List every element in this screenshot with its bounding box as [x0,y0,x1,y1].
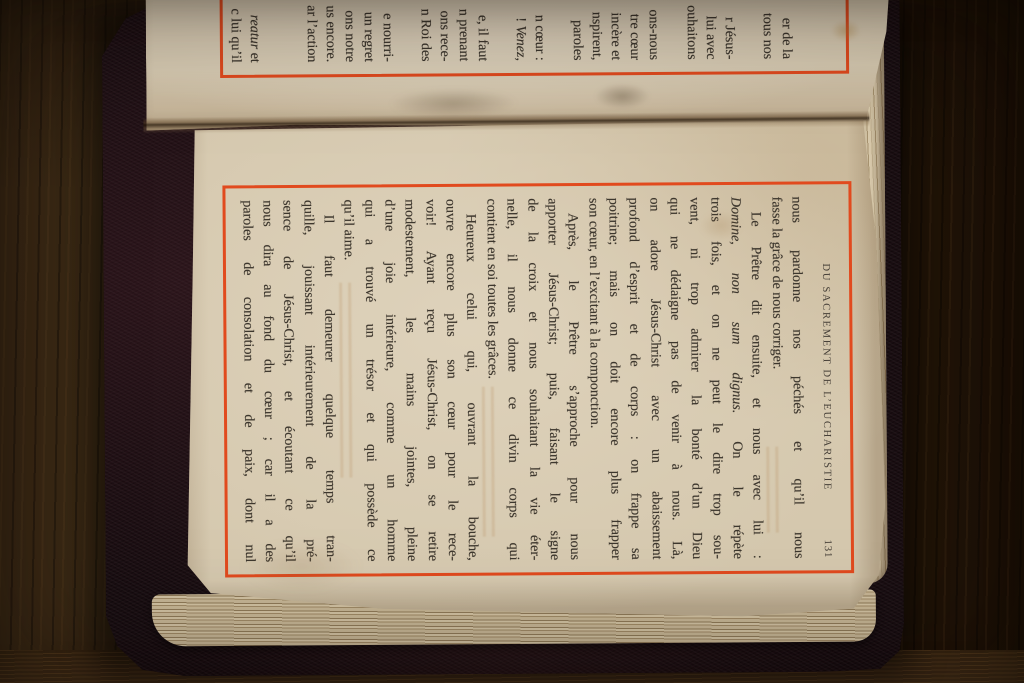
text-line-fragment: c lui qu’il [224,0,246,63]
text-line: qu’il aime. [338,200,361,562]
text-line-fragment: lui avec [698,0,720,60]
text-line-fragment: ons notre [337,0,359,62]
text-line: Domine, non sum dignus. On le répète [724,197,747,559]
left-page-text-block: er de la tous nos r Jésus- lui avec ouha… [221,0,847,75]
left-page-frame: er de la tous nos r Jésus- lui avec ouha… [217,0,849,78]
text-line-fragment [394,0,416,62]
text-line: Après, le Prêtre s’approche pour nous [561,198,584,560]
text-line-fragment [736,0,758,59]
text-line-fragment: un regret [356,0,378,62]
text-line: son cœur, en l’excitant à la componction… [582,198,605,560]
text-line-fragment: n prenant [451,0,473,61]
text-line-fragment: paroles [565,0,587,61]
text-line-fragment: ons rece- [432,0,454,62]
text-line: voir! Ayant reçu Jésus-Christ, on se ret… [419,199,442,561]
text-line-fragment: tous nos [755,0,777,59]
text-line: paroles de consolation et de paix, dont … [236,200,259,562]
text-line-fragment [546,0,568,61]
text-line-fragment: ar l’action [299,0,321,62]
text-line-fragment: reatur et [243,0,265,63]
photo-scene: er de la tous nos r Jésus- lui avec ouha… [0,0,1024,683]
text-line: nous dira au fond du cœur ; car il a des [256,200,279,562]
main-page-frame: DU SACREMENT DE L’EUCHARISTIE 131 nous p… [222,181,854,577]
header-title: DU SACREMENT DE L’EUCHARISTIE [820,264,833,492]
text-line-fragment [261,0,283,63]
text-line: d’une joie intérieure, comme un homme [378,199,401,561]
text-line: on adore Jésus-Christ avec un abaissemen… [643,197,666,559]
text-line-fragment [280,0,302,63]
text-line: nelle, il nous donne ce divin corps qui [500,198,523,560]
text-line: qui a trouvé un trésor et qui possède ce [358,199,381,561]
running-header: DU SACREMENT DE L’EUCHARISTIE 131 [819,196,833,558]
page-number: 131 [822,540,833,559]
text-line: nous pardonne nos péchés et qu’il nous [785,196,808,558]
text-line: quille, jouissant intérieurement de la p… [297,200,320,562]
text-line: Il faut demeurer quelque temps tran- [317,200,340,562]
text-line-fragment: ons-nous [641,0,663,60]
text-line: sence de Jésus-Christ, et écoutant ce qu… [277,200,300,562]
text-line-fragment: e nourri- [375,0,397,62]
text-line-fragment: nspirent, [584,0,606,60]
text-line-fragment: er de la [774,0,796,59]
text-line: qui ne dédaigne pas de venir à nous. Là, [663,197,686,559]
text-line: modestement, les mains jointes, pleine [399,199,422,561]
text-line: de la croix et nous souhaitant la vie ét… [521,198,544,560]
text-line-fragment: n Roi des [413,0,435,62]
text-line: poitrine; mais on doit encore plus frapp… [602,198,625,560]
text-line-fragment [489,0,511,61]
main-page-text-block: DU SACREMENT DE L’EUCHARISTIE 131 nous p… [225,184,851,574]
text-line-fragment [660,0,682,60]
text-line: profond d’esprit et de corps : on frappe… [622,198,645,560]
text-line: trois fois, et on ne peut le dire trop s… [704,197,727,559]
text-line-fragment: r Jésus- [717,0,739,60]
text-line-fragment: e, il faut [470,0,492,61]
text-line: Le Prêtre dit ensuite, et nous avec lui … [744,197,767,559]
text-line-fragment: ! Venez, [508,0,530,61]
body-text: nous pardonne nos péchés et qu’il nous f… [236,196,808,562]
text-line-fragment: ouhaitons [679,0,701,60]
text-line: fasse la grâce de nous corriger. [765,197,788,559]
text-line-fragment: incère et [603,0,625,60]
text-line: contient en soi toutes les grâces. [480,199,503,561]
text-line: apporter Jésus-Christ; puis, faisant le … [541,198,564,560]
text-line-fragment: tre cœur [622,0,644,60]
text-line: ouvre encore plus son cœur pour le rece- [439,199,462,561]
text-line-fragment: us encore. [318,0,340,62]
open-prayer-book: er de la tous nos r Jésus- lui avec ouha… [0,0,1024,683]
text-line: Heureux celui qui, ouvrant la bouche, [460,199,483,561]
text-line-fragment: n cœur : [527,0,549,61]
text-line: vent, ni trop admirer la bonté d’un Dieu [683,197,706,559]
